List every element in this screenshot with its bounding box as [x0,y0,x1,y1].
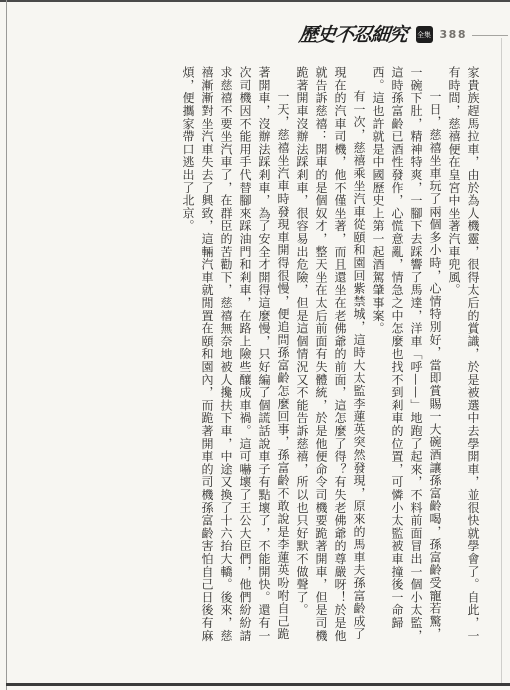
header-rule [472,35,508,36]
paragraph: 一天，慈禧坐汽車時發現車開得很慢，便追問孫富齡怎麼回事，孫富齡不敢說是李蓮英吩咐… [178,66,292,644]
page-number: 388 [440,28,467,41]
scan-edge-right [501,38,502,683]
book-page-scan: 歷史不忍細究 全集 388 家貴族趕馬拉車，由於為人機靈，很得太后的賞識，於是被… [0,0,510,690]
book-title-calligraphy: 歷史不忍細究 [297,20,408,47]
paragraph: 一日，慈禧坐車玩了兩個多小時，心情特別好，當即賞賜一大碗酒讓孫富齡喝，孫富齡受寵… [368,66,444,644]
book-seal-icon: 全集 [416,26,433,43]
paragraph: 有一次，慈禧乘坐汽車從頤和園回紫禁城，這時大太監李蓮英突然發現，原來的馬車夫孫富… [292,66,368,644]
paragraph: 家貴族趕馬拉車，由於為人機靈，很得太后的賞識，於是被選中去學開車，並很快就學會了… [444,66,482,644]
scan-edge-bottom [6,683,510,686]
scan-edge-top [0,0,510,2]
article-text: 家貴族趕馬拉車，由於為人機靈，很得太后的賞識，於是被選中去學開車，並很快就學會了… [176,66,482,644]
page-header: 歷史不忍細究 全集 388 [299,20,508,46]
scan-edge-left [6,0,7,690]
